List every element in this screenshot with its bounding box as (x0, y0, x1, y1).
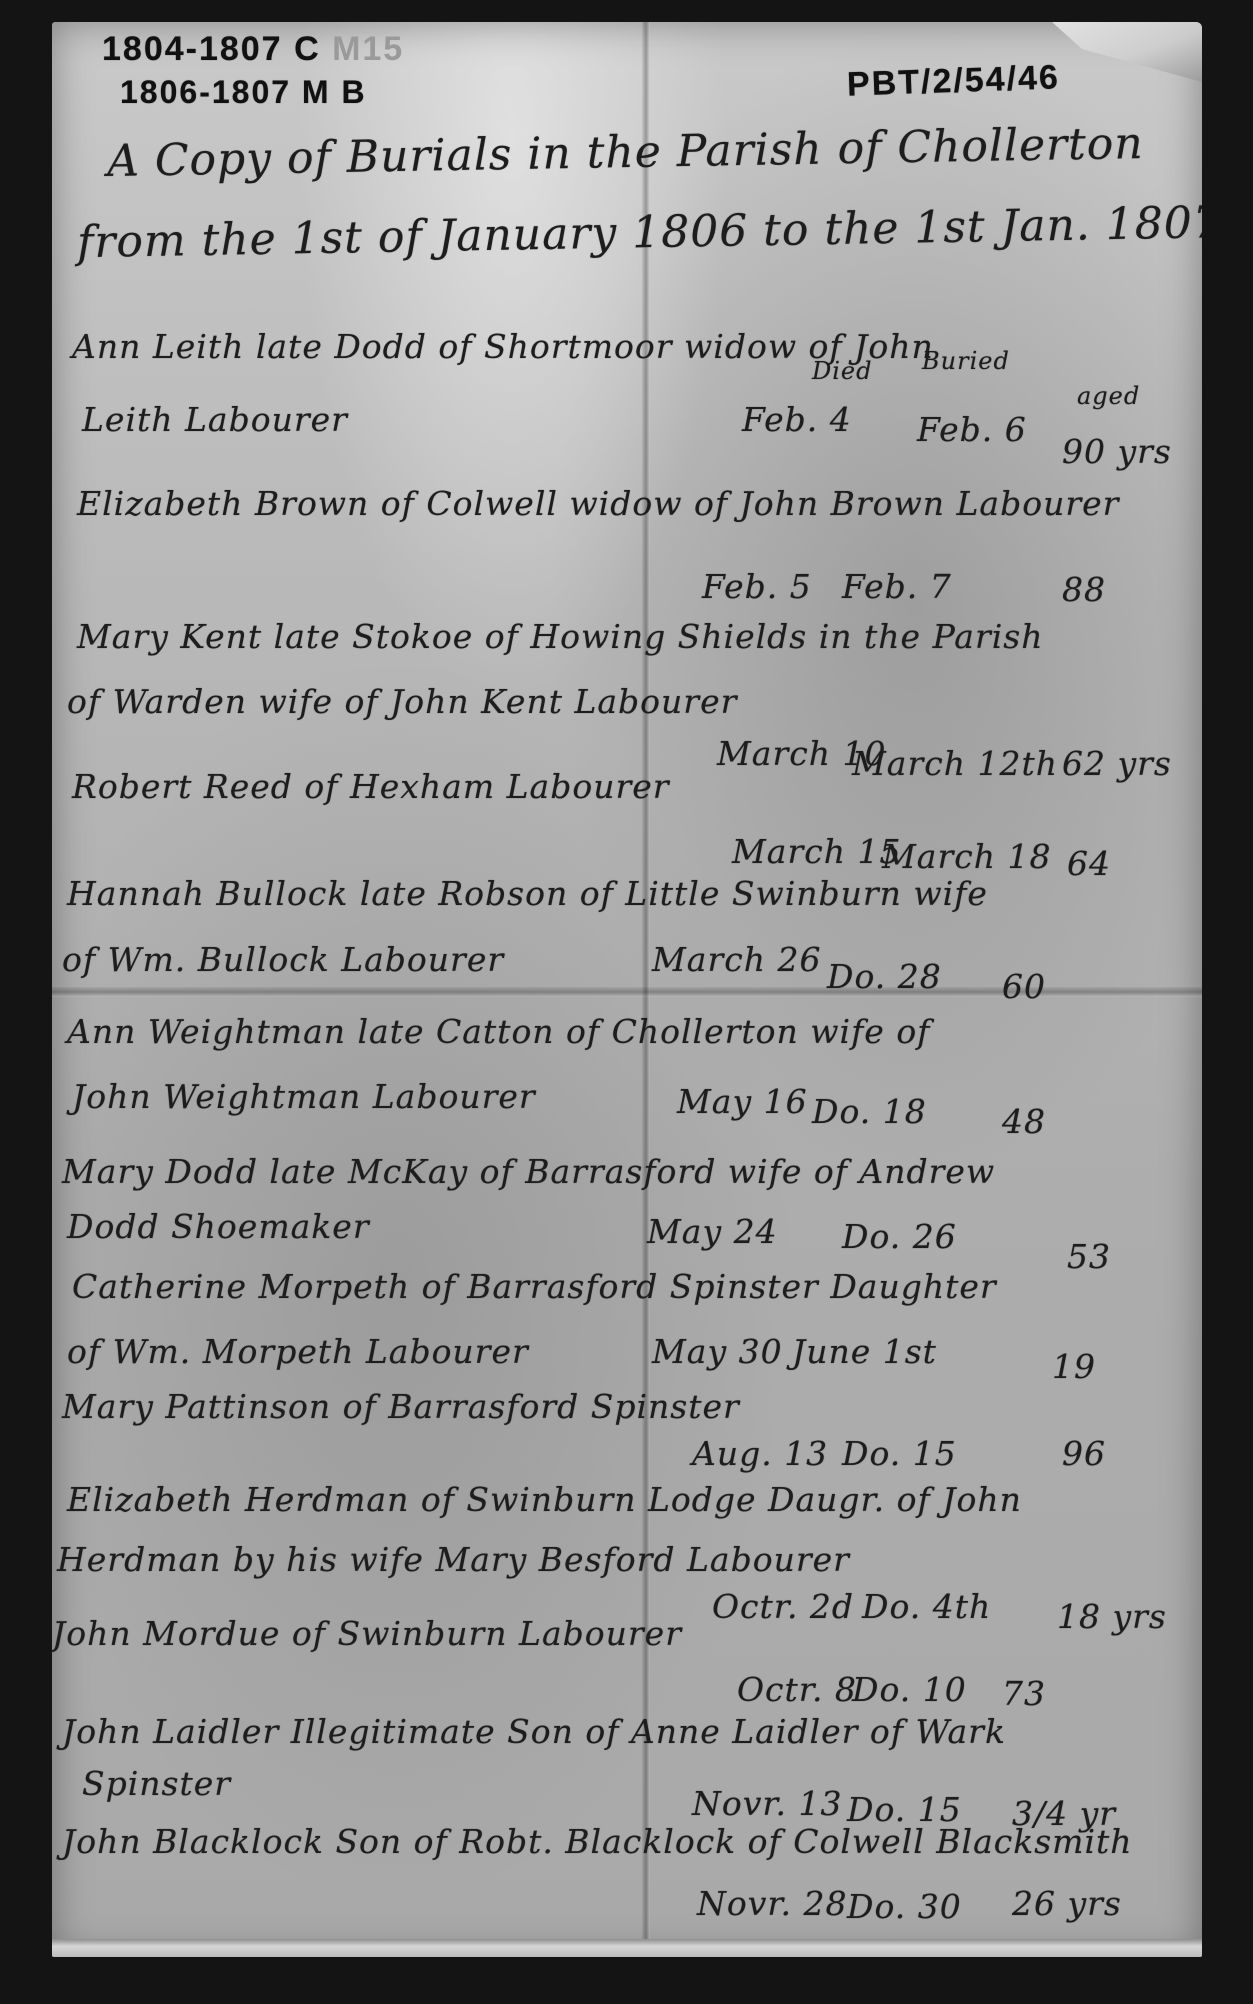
entry-3-line-2: of Warden wife of John Kent Labourer (67, 682, 737, 721)
entry-9-line-1: Mary Pattinson of Barrasford Spinster (62, 1387, 740, 1426)
entry-13-line-1: John Blacklock Son of Robt. Blacklock of… (62, 1822, 1133, 1861)
entry-7-buried: Do. 26 (842, 1217, 957, 1256)
archive-range-2: 1806-1807 M B (120, 74, 367, 111)
archive-code-1: C (294, 30, 321, 68)
folded-corner (1052, 22, 1202, 82)
entry-12-line-1: John Laidler Illegitimate Son of Anne La… (62, 1712, 1006, 1751)
entry-12-died: Novr. 13 (692, 1784, 843, 1823)
entry-5-line-2: of Wm. Bullock Labourer (62, 940, 504, 979)
entry-6-died: May 16 (677, 1082, 808, 1121)
entry-2-died: Feb. 5 (702, 567, 812, 606)
entry-5-died: March 26 (652, 940, 821, 979)
entry-6-line-2: John Weightman Labourer (72, 1077, 536, 1116)
entry-6-line-1: Ann Weightman late Catton of Chollerton … (67, 1012, 930, 1051)
entry-1-died: Feb. 4 (742, 400, 852, 439)
entry-6-aged: 48 (1002, 1102, 1046, 1141)
column-header-buried: Buried (922, 347, 1010, 375)
paper-edge (52, 1939, 1202, 1957)
archive-range-1: 1804-1807 C M15 (102, 30, 404, 69)
entry-8-died: May 30 (652, 1332, 783, 1371)
entry-5-buried: Do. 28 (827, 957, 942, 996)
entry-9-buried: Do. 15 (842, 1434, 957, 1473)
document-scan: 1804-1807 C M15 1806-1807 M B PBT/2/54/4… (0, 0, 1253, 2004)
entry-3-buried: March 12th (852, 744, 1058, 783)
entry-7-line-2: Dodd Shoemaker (67, 1207, 370, 1246)
archive-range-1-text: 1804-1807 (102, 30, 283, 68)
entry-8-line-2: of Wm. Morpeth Labourer (67, 1332, 529, 1371)
entry-7-aged: 53 (1067, 1237, 1111, 1276)
entry-3-line-1: Mary Kent late Stokoe of Howing Shields … (77, 617, 1043, 656)
entry-1-line-2: Leith Labourer (82, 400, 348, 439)
entry-4-died: March 15 (732, 832, 901, 871)
entry-4-buried: March 18 (882, 837, 1051, 876)
entry-3-aged: 62 yrs (1062, 744, 1172, 783)
entry-10-line-1: Elizabeth Herdman of Swinburn Lodge Daug… (67, 1480, 1022, 1519)
entry-5-line-1: Hannah Bullock late Robson of Little Swi… (67, 874, 988, 913)
entry-11-died: Octr. 8 (737, 1670, 857, 1709)
entry-12-line-2: Spinster (82, 1764, 231, 1803)
entry-9-aged: 96 (1062, 1434, 1106, 1473)
archive-code-1-faint: M15 (332, 30, 404, 68)
entry-13-aged: 26 yrs (1012, 1884, 1122, 1923)
entry-10-line-2: Herdman by his wife Mary Besford Laboure… (57, 1540, 850, 1579)
title-line-2: from the 1st of January 1806 to the 1st … (77, 197, 1202, 268)
entry-11-buried: Do. 10 (852, 1670, 967, 1709)
paper-sheet: 1804-1807 C M15 1806-1807 M B PBT/2/54/4… (52, 22, 1202, 1957)
entry-4-aged: 64 (1067, 844, 1111, 883)
column-header-aged: aged (1077, 382, 1140, 410)
entry-5-aged: 60 (1002, 967, 1046, 1006)
entry-1-buried: Feb. 6 (917, 410, 1027, 449)
entry-11-aged: 73 (1002, 1674, 1046, 1713)
entry-8-line-1: Catherine Morpeth of Barrasford Spinster… (72, 1267, 997, 1306)
archive-code-2: M B (302, 74, 367, 110)
entry-2-aged: 88 (1062, 570, 1106, 609)
entry-13-buried: Do. 30 (847, 1887, 962, 1926)
entry-8-aged: 19 (1052, 1347, 1096, 1386)
entry-10-aged: 18 yrs (1057, 1597, 1167, 1636)
entry-13-died: Novr. 28 (697, 1884, 848, 1923)
entry-2-line-1: Elizabeth Brown of Colwell widow of John… (77, 484, 1119, 523)
entry-1-aged: 90 yrs (1062, 432, 1172, 471)
archive-range-2-text: 1806-1807 (120, 74, 291, 110)
entry-4-line-1: Robert Reed of Hexham Labourer (72, 767, 670, 806)
entry-6-buried: Do. 18 (812, 1092, 927, 1131)
archive-reference: PBT/2/54/46 (846, 58, 1060, 104)
entry-2-buried: Feb. 7 (842, 567, 952, 606)
entry-10-buried: Do. 4th (862, 1587, 991, 1626)
entry-1-line-1: Ann Leith late Dodd of Shortmoor widow o… (72, 327, 934, 366)
entry-9-died: Aug. 13 (692, 1434, 828, 1473)
entry-7-died: May 24 (647, 1212, 778, 1251)
entry-8-buried: June 1st (792, 1332, 937, 1371)
entry-10-died: Octr. 2d (712, 1587, 854, 1626)
entry-11-line-1: John Mordue of Swinburn Labourer (52, 1614, 682, 1653)
entry-7-line-1: Mary Dodd late McKay of Barrasford wife … (62, 1152, 995, 1191)
title-line-1: A Copy of Burials in the Parish of Choll… (107, 118, 1144, 187)
